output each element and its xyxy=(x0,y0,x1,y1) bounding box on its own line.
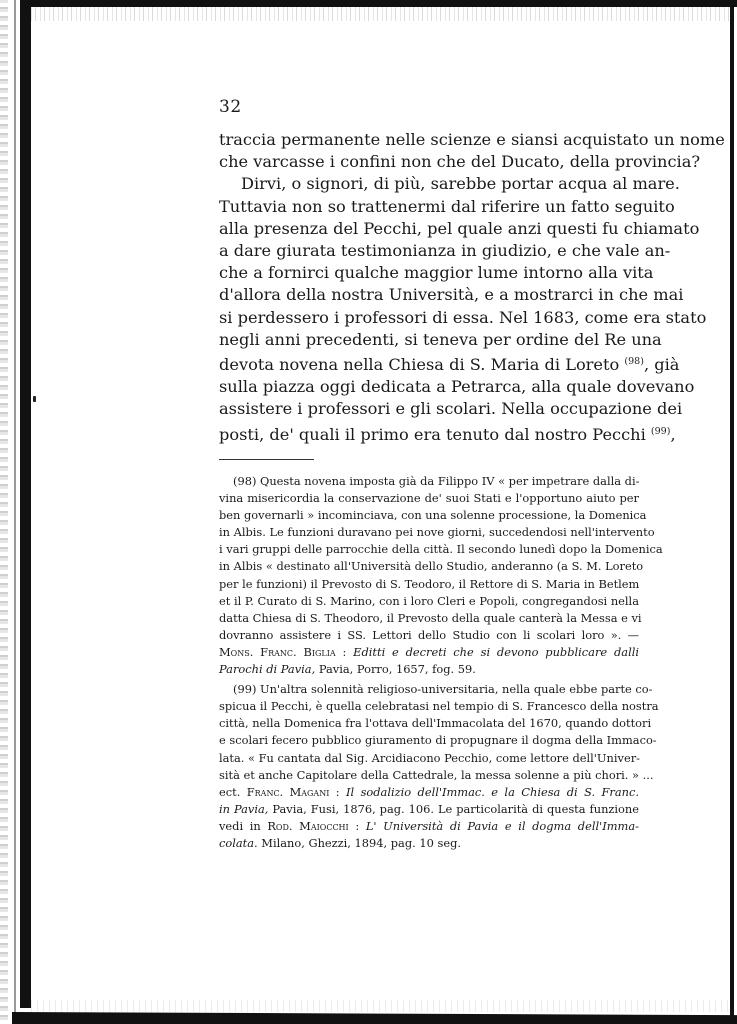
body-line: sulla piazza oggi dedicata a Petrarca, a… xyxy=(219,376,639,398)
citation-prefix: ect. xyxy=(219,785,247,799)
citation-title: Il sodalizio dell'Immac. e la Chiesa di … xyxy=(346,785,639,799)
citation-details: Pavia, Porro, 1657, fog. 59. xyxy=(315,662,476,676)
citation-line: colata. Milano, Ghezzi, 1894, pag. 10 se… xyxy=(219,835,639,852)
scan-border-top xyxy=(20,0,737,7)
citation-separator: : xyxy=(329,785,346,799)
footnote-line: e scolari fecero pubblico giuramento di … xyxy=(219,732,639,749)
footnote-line: lata. « Fu cantata dal Sig. Arcidiacono … xyxy=(219,750,639,767)
citation-details: Pavia, Fusi, 1876, pag. 106. Le particol… xyxy=(268,802,639,816)
body-line: che a fornirci qualche maggior lume into… xyxy=(219,262,639,284)
footnote-line: ben governarli » incominciava, con una s… xyxy=(219,507,639,524)
footnotes: (98) Questa novena imposta già da Filipp… xyxy=(219,473,639,852)
footnote-line: spicua il Pecchi, è quella celebratasi n… xyxy=(219,698,639,715)
footnote-line: (99) Un'altra solennità religioso-univer… xyxy=(219,681,639,698)
footnote-ref-99[interactable]: (99) xyxy=(651,426,671,437)
body-line: posti, de' quali il primo era tenuto dal… xyxy=(219,421,639,446)
footnote-line: città, nella Domenica fra l'ottava dell'… xyxy=(219,715,639,732)
footnote-line: (98) Questa novena imposta già da Filipp… xyxy=(219,473,639,490)
body-line-text: devota novena nella Chiesa di S. Maria d… xyxy=(219,355,619,374)
citation-details: Milano, Ghezzi, 1894, pag. 10 seg. xyxy=(258,836,461,850)
footnote-ref-98[interactable]: (98) xyxy=(624,356,644,367)
margin-mark xyxy=(33,396,36,402)
footnote-line: in Albis « destinato all'Università dell… xyxy=(219,558,639,575)
footnote-line: datta Chiesa di S. Theodoro, il Prevosto… xyxy=(219,610,639,627)
citation-line: ect. Franc. Magani : Il sodalizio dell'I… xyxy=(219,784,639,801)
citation-line: Parochi di Pavia, Pavia, Porro, 1657, fo… xyxy=(219,661,639,678)
body-line: a dare giurata testimonianza in giudizio… xyxy=(219,240,639,262)
body-line: assistere i professori e gli scolari. Ne… xyxy=(219,398,639,420)
scan-edge-left xyxy=(0,0,8,1024)
citation-line: vedi in Rod. Maiocchi : L' Università di… xyxy=(219,818,639,835)
body-line: che varcasse i confini non che del Ducat… xyxy=(219,151,639,173)
footnote-line: in Albis. Le funzioni duravano pei nove … xyxy=(219,524,639,541)
footnote-separator xyxy=(219,459,314,460)
scan-border-right xyxy=(730,7,734,1017)
citation-separator: : xyxy=(336,645,354,659)
citation-author: Rod. Maiocchi xyxy=(267,819,348,833)
body-line: traccia permanente nelle scienze e sians… xyxy=(219,129,639,151)
page-number: 32 xyxy=(219,97,242,117)
scan-noise-bottom xyxy=(31,1000,730,1012)
citation-line: Mons. Franc. Biglia : Editti e decreti c… xyxy=(219,644,639,661)
footnote-line: sità et anche Capitolare della Cattedral… xyxy=(219,767,639,784)
body-line: negli anni precedenti, si teneva per ord… xyxy=(219,329,639,351)
body-line: d'allora della nostra Università, e a mo… xyxy=(219,284,639,306)
body-line: Tuttavia non so trattenermi dal riferire… xyxy=(219,196,639,218)
scan-border-bottom xyxy=(12,1012,737,1024)
citation-prefix: vedi in xyxy=(219,819,267,833)
scan-noise-top xyxy=(31,7,733,21)
citation-author: Mons. Franc. Biglia xyxy=(219,645,336,659)
main-text: traccia permanente nelle scienze e sians… xyxy=(219,129,639,446)
citation-separator: : xyxy=(349,819,366,833)
body-line: Dirvi, o signori, di più, sarebbe portar… xyxy=(219,173,639,195)
citation-line: in Pavia, Pavia, Fusi, 1876, pag. 106. L… xyxy=(219,801,639,818)
scan-edge-line xyxy=(14,0,16,1024)
footnote-99: (99) Un'altra solennità religioso-univer… xyxy=(219,681,639,852)
body-line: devota novena nella Chiesa di S. Maria d… xyxy=(219,351,639,376)
footnote-line: dovranno assistere i SS. Lettori dello S… xyxy=(219,627,639,644)
body-line: si perdessero i professori di essa. Nel … xyxy=(219,307,639,329)
footnote-line: i vari gruppi delle parrocchie della cit… xyxy=(219,541,639,558)
footnote-line: vina misericordia la conservazione de' s… xyxy=(219,490,639,507)
footnote-line: et il P. Curato di S. Marino, con i loro… xyxy=(219,593,639,610)
footnote-98: (98) Questa novena imposta già da Filipp… xyxy=(219,473,639,678)
body-line-tail: , xyxy=(670,425,675,444)
body-line: alla presenza del Pecchi, pel quale anzi… xyxy=(219,218,639,240)
body-line-tail: , già xyxy=(644,355,679,374)
citation-title: L' Università di Pavia e il dogma dell'I… xyxy=(366,819,639,833)
citation-title: colata. xyxy=(219,836,258,850)
citation-author: Franc. Magani xyxy=(247,785,330,799)
citation-title: in Pavia, xyxy=(219,802,268,816)
footnote-line: per le funzioni) il Prevosto di S. Teodo… xyxy=(219,576,639,593)
body-line-text: posti, de' quali il primo era tenuto dal… xyxy=(219,425,646,444)
citation-title: Parochi di Pavia, xyxy=(219,662,315,676)
scan-border-left xyxy=(20,0,31,1008)
citation-title: Editti e decreti che si devono pubblicar… xyxy=(353,645,639,659)
